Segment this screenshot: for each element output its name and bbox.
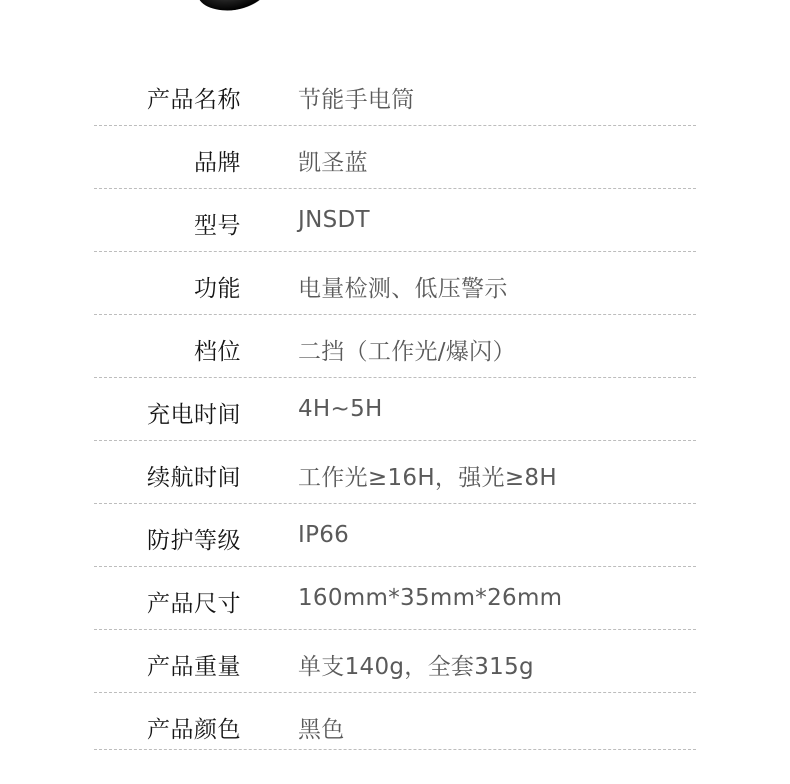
spec-value: 凯圣蓝 [298,144,368,177]
spec-row-model: 型号 JNSDT [94,189,696,252]
spec-label: 充电时间 [147,396,241,429]
spec-row-brand: 品牌 凯圣蓝 [94,126,696,189]
spec-row-charge-time: 充电时间 4H~5H [94,378,696,441]
spec-row-function: 功能 电量检测、低压警示 [94,252,696,315]
spec-value: 4H~5H [298,396,383,422]
spec-row-dimensions: 产品尺寸 160mm*35mm*26mm [94,567,696,630]
spec-row-battery-life: 续航时间 工作光≥16H，强光≥8H [94,441,696,504]
spec-row-protection-rating: 防护等级 IP66 [94,504,696,567]
spec-value: JNSDT [298,207,370,233]
spec-label: 产品颜色 [147,711,241,744]
spec-value: 单支140g，全套315g [298,648,534,681]
spec-table: 产品名称 节能手电筒 品牌 凯圣蓝 型号 JNSDT 功能 电量检测、低压警示 … [94,63,696,750]
spec-label: 防护等级 [147,522,241,555]
spec-label: 档位 [194,333,241,366]
product-image-fragment [196,0,272,15]
spec-value: 黑色 [298,711,345,744]
spec-row-modes: 档位 二挡（工作光/爆闪） [94,315,696,378]
spec-value: 电量检测、低压警示 [298,270,508,303]
spec-value: 工作光≥16H，强光≥8H [298,459,557,492]
spec-value: IP66 [298,522,349,548]
spec-label: 品牌 [194,144,241,177]
spec-label: 产品尺寸 [147,585,241,618]
spec-row-color: 产品颜色 黑色 [94,693,696,750]
spec-label: 功能 [194,270,241,303]
spec-row-weight: 产品重量 单支140g，全套315g [94,630,696,693]
spec-label: 型号 [194,207,241,240]
spec-label: 产品重量 [147,648,241,681]
spec-label: 续航时间 [147,459,241,492]
spec-row-product-name: 产品名称 节能手电筒 [94,63,696,126]
spec-value: 160mm*35mm*26mm [298,585,562,611]
spec-label: 产品名称 [147,81,241,114]
spec-value: 二挡（工作光/爆闪） [298,333,516,366]
spec-value: 节能手电筒 [298,81,415,114]
